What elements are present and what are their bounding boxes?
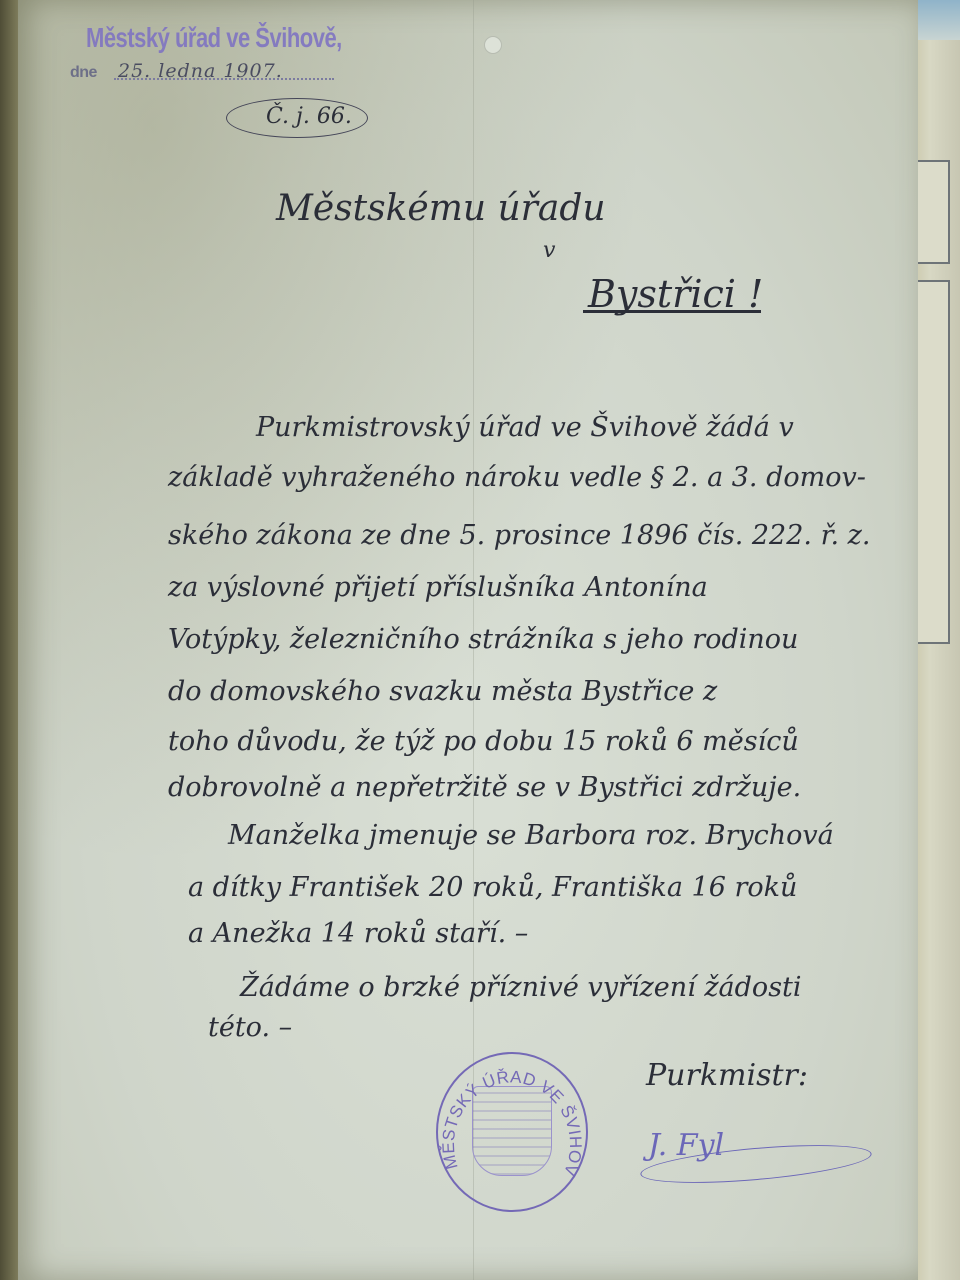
- svg-text:MĚSTSKÝ ÚŘAD VE ŠVIHOVĚ: MĚSTSKÝ ÚŘAD VE ŠVIHOVĚ: [438, 1054, 585, 1179]
- letter-sheet: Městský úřad ve Švihově, dne 25. ledna 1…: [18, 0, 918, 1280]
- page-tab: [918, 280, 950, 644]
- reference-number: Č. j. 66.: [266, 104, 352, 129]
- official-seal: MĚSTSKÝ ÚŘAD VE ŠVIHOVĚ: [436, 1052, 588, 1212]
- body-line: Votýpky, železničního strážníka s jeho r…: [168, 624, 798, 655]
- page-tab: [918, 160, 950, 264]
- body-line: Manželka jmenuje se Barbora roz. Brychov…: [228, 820, 834, 851]
- body-line: základě vyhraženého nároku vedle § 2. a …: [168, 462, 866, 493]
- body-line: Purkmistrovský úřad ve Švihově žádá v: [256, 412, 794, 443]
- body-line: ského zákona ze dne 5. prosince 1896 čís…: [168, 520, 871, 551]
- body-line: této. –: [208, 1012, 292, 1043]
- seal-ring-text: MĚSTSKÝ ÚŘAD VE ŠVIHOVĚ: [438, 1054, 586, 1210]
- office-stamp-title: Městský úřad ve Švihově,: [86, 22, 342, 55]
- punch-hole: [484, 36, 502, 54]
- body-line: Žádáme o brzké příznivé vyřízení žádosti: [240, 972, 802, 1003]
- body-line: a Anežka 14 roků staří. –: [188, 918, 528, 949]
- signature-title: Purkmistr:: [646, 1058, 808, 1093]
- body-line: a dítky František 20 roků, Františka 16 …: [188, 872, 797, 903]
- handwritten-date: 25. ledna 1907.: [118, 60, 283, 82]
- place-underline: [583, 310, 761, 313]
- addressee-preposition: v: [543, 238, 555, 263]
- addressee-office: Městskému úřadu: [276, 188, 606, 229]
- body-line: toho důvodu, že týž po dobu 15 roků 6 mě…: [168, 726, 799, 757]
- date-label: dne: [70, 64, 97, 82]
- body-line: do domovského svazku města Bystřice z: [168, 676, 717, 707]
- body-line: dobrovolně a nepřetržitě se v Bystřici z…: [168, 772, 801, 803]
- body-line: za výslovné přijetí příslušníka Antonína: [168, 572, 708, 603]
